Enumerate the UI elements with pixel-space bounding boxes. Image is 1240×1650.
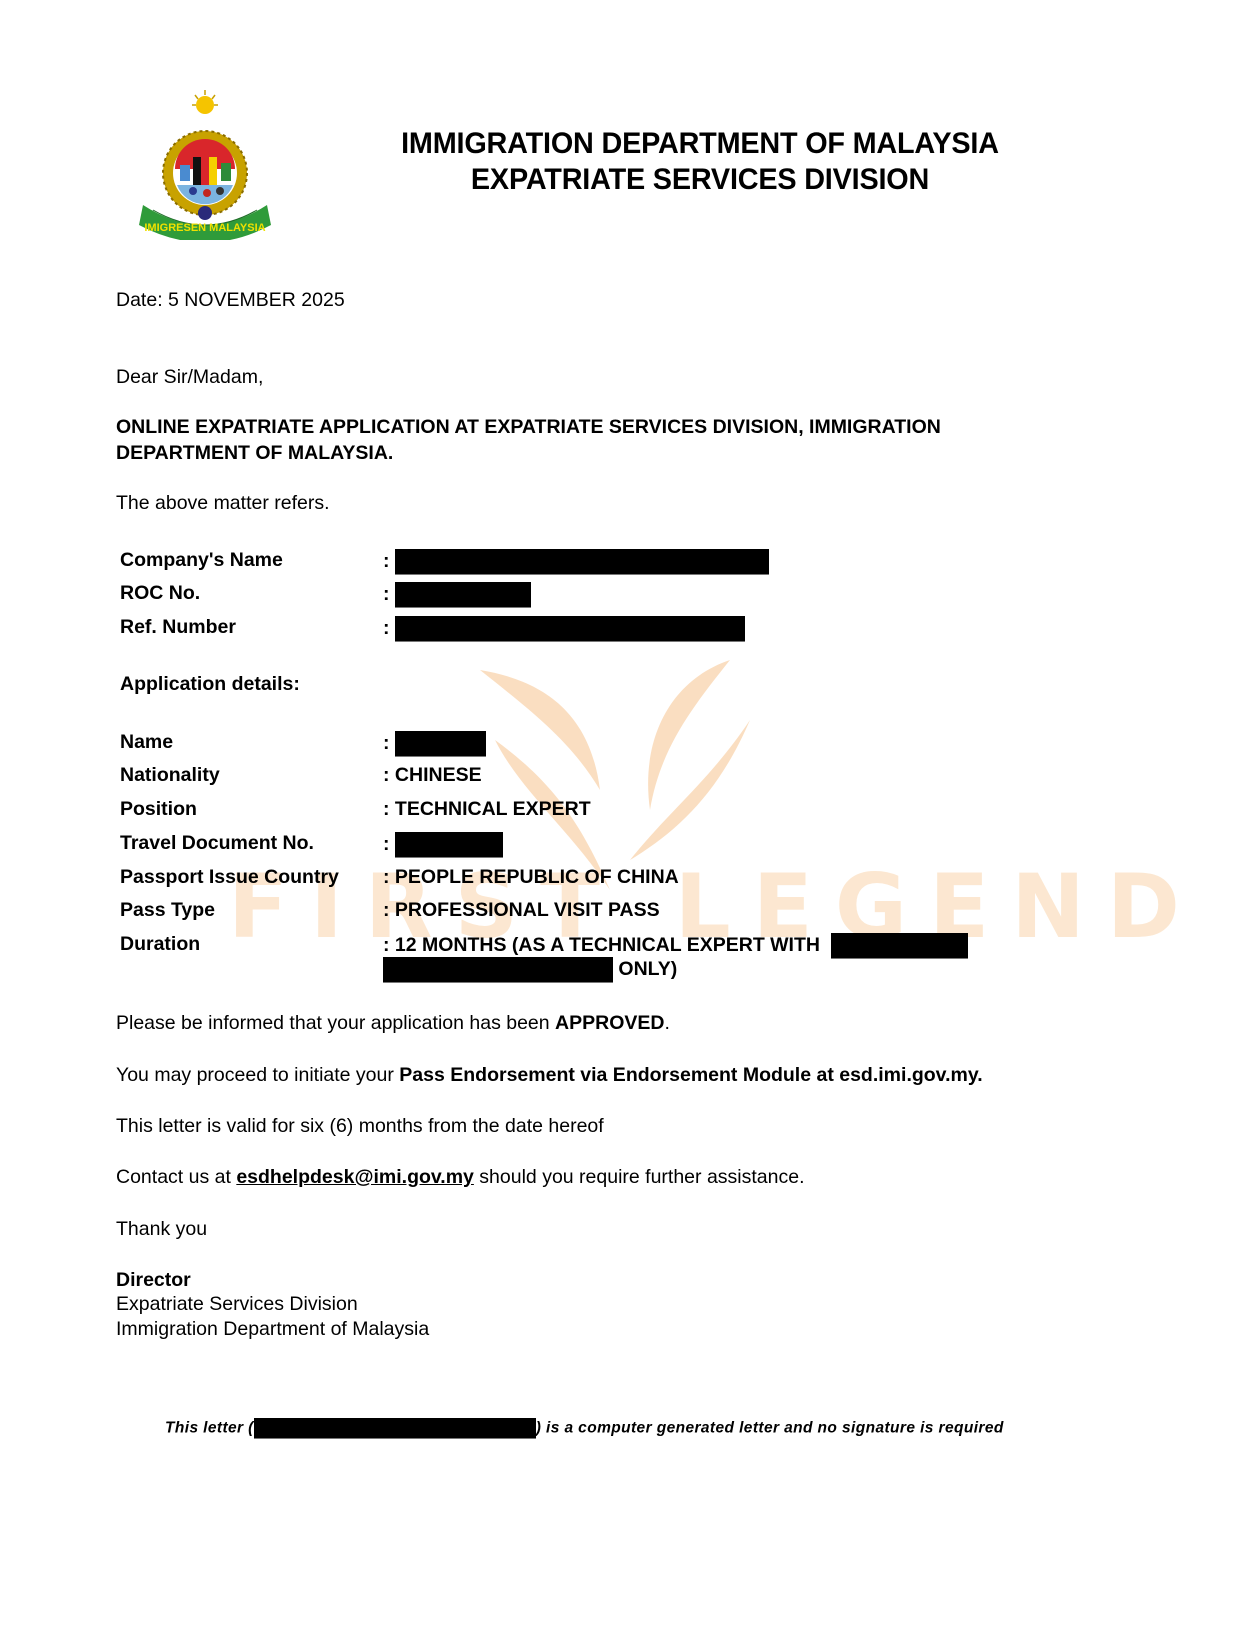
approval-statement: Please be informed that your application… [116,1012,670,1035]
nationality-label: Nationality [120,764,220,787]
roc-no-value: : [383,582,531,608]
signature-division: Expatriate Services Division [116,1293,358,1316]
salutation: Dear Sir/Madam, [116,366,263,389]
subject-line-2: DEPARTMENT OF MALAYSIA. [116,442,393,465]
malaysia-immigration-crest-icon: IMIGRESEN MALAYSIA [135,85,275,240]
passport-issue-country-value: : PEOPLE REPUBLIC OF CHINA [383,866,679,889]
redaction-block [383,957,613,983]
flame-leaf-logo-icon [450,620,770,900]
emblem: IMIGRESEN MALAYSIA [135,85,275,240]
computer-generated-notice: This letter () is a computer generated l… [165,1418,1004,1439]
approved-status: APPROVED [555,1012,664,1034]
application-details-heading: Application details: [120,673,300,696]
ref-number-label: Ref. Number [120,616,236,639]
closing: Thank you [116,1218,207,1241]
position-label: Position [120,798,197,821]
travel-document-value: : [383,832,503,858]
company-name-value: : [383,549,769,575]
position-value: : TECHNICAL EXPERT [383,798,591,821]
svg-text:IMIGRESEN MALAYSIA: IMIGRESEN MALAYSIA [144,222,265,234]
redaction-block [831,933,968,959]
header-line-1: IMMIGRATION DEPARTMENT OF MALAYSIA [374,127,1027,161]
duration-value-line-1: : 12 MONTHS (AS A TECHNICAL EXPERT WITH [383,933,968,959]
company-name-label: Company's Name [120,549,283,572]
letter-date: Date: 5 NOVEMBER 2025 [116,289,345,312]
contact-statement: Contact us at esdhelpdesk@imi.gov.my sho… [116,1166,805,1189]
applicant-name-value: : [383,731,486,757]
roc-no-label: ROC No. [120,582,200,605]
passport-issue-country-label: Passport Issue Country [120,866,339,889]
intro-text: The above matter refers. [116,492,330,515]
pass-type-value: : PROFESSIONAL VISIT PASS [383,899,660,922]
applicant-name-label: Name [120,731,173,754]
signature-title: Director [116,1269,191,1292]
validity-statement: This letter is valid for six (6) months … [116,1115,604,1138]
redaction-block [254,1418,536,1439]
redaction-block [395,731,486,757]
redaction-block [395,616,745,642]
pass-type-label: Pass Type [120,899,215,922]
redaction-block [395,582,531,608]
duration-value-line-2: ONLY) [383,957,677,983]
helpdesk-email-link[interactable]: esdhelpdesk@imi.gov.my [236,1166,474,1188]
subject-line-1: ONLINE EXPATRIATE APPLICATION AT EXPATRI… [116,416,941,439]
proceed-instruction: You may proceed to initiate your Pass En… [116,1064,983,1087]
travel-document-label: Travel Document No. [120,832,314,855]
redaction-block [395,549,769,575]
duration-label: Duration [120,933,200,956]
signature-department: Immigration Department of Malaysia [116,1318,429,1341]
header-line-2: EXPATRIATE SERVICES DIVISION [374,163,1027,197]
redaction-block [395,832,503,858]
ref-number-value: : [383,616,745,642]
nationality-value: : CHINESE [383,764,482,787]
